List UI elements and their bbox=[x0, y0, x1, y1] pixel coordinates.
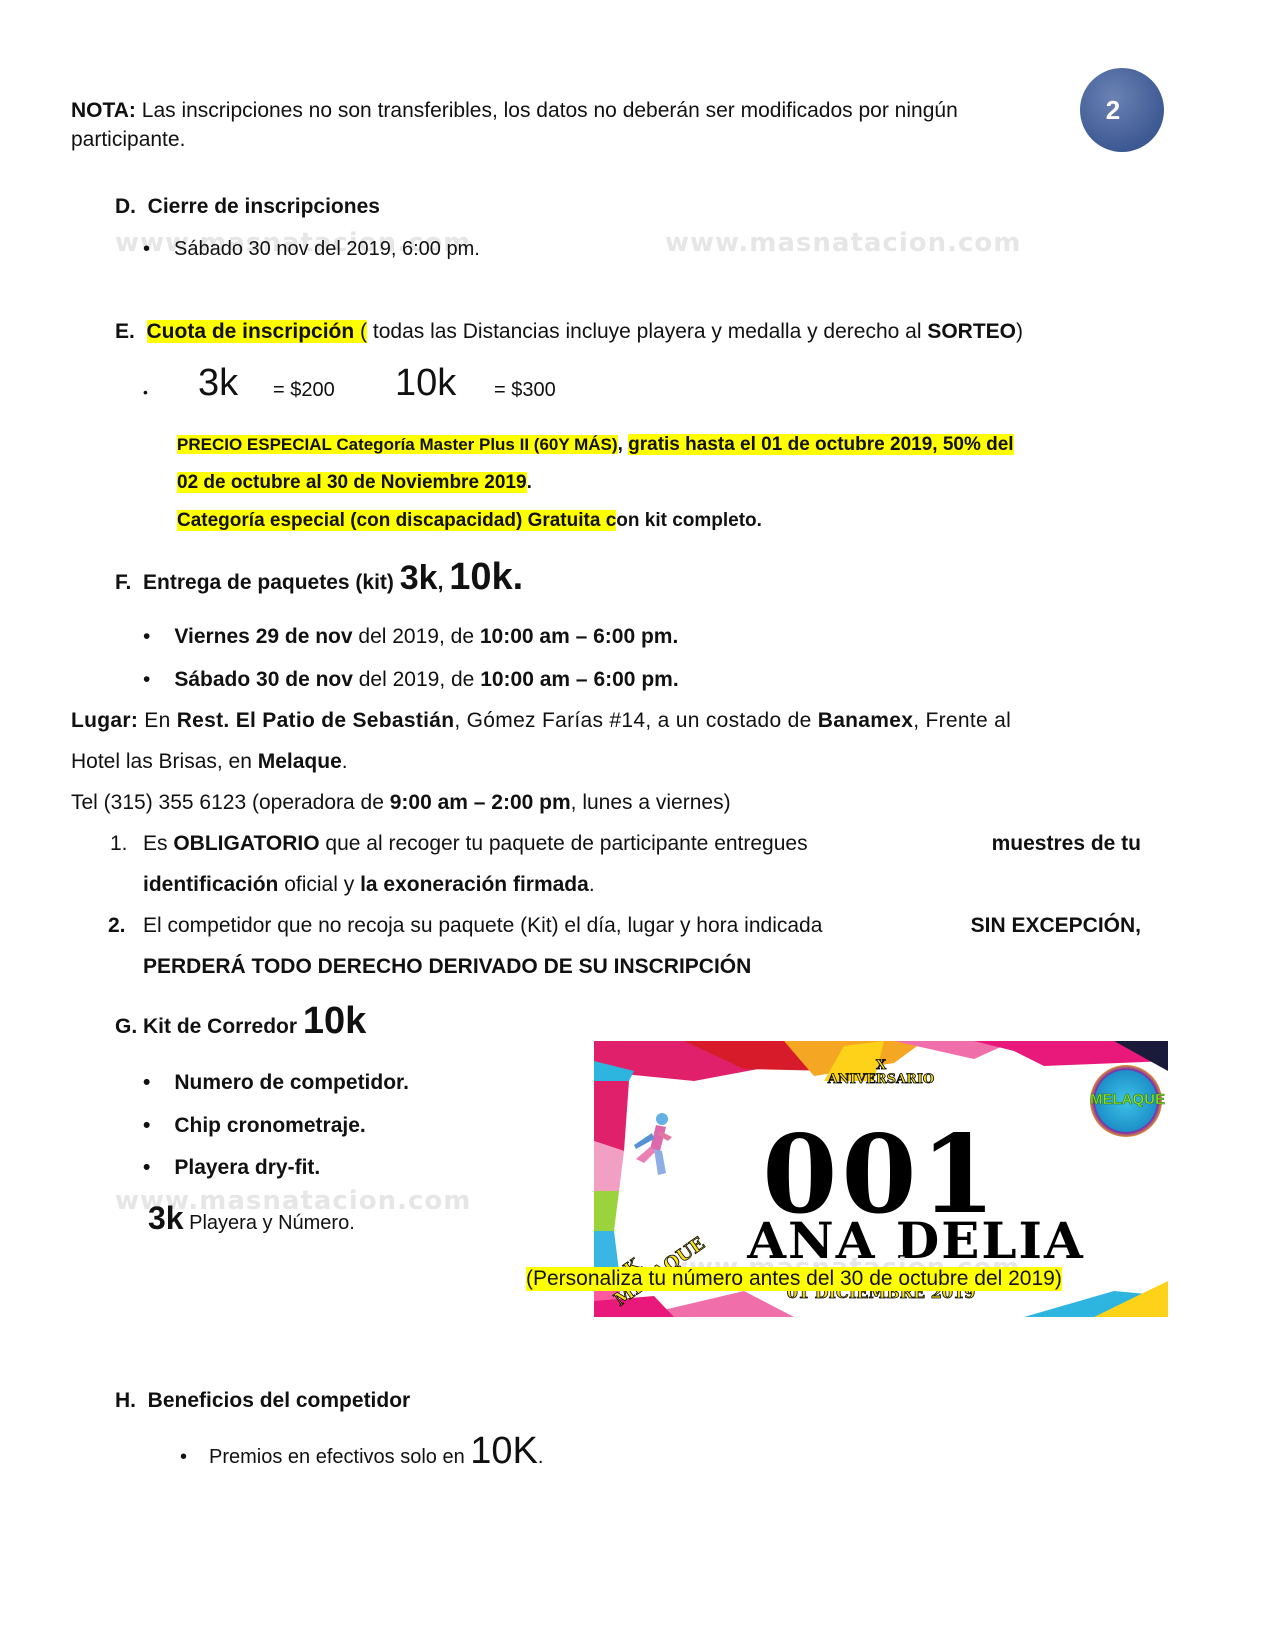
section-letter: E. bbox=[115, 320, 135, 343]
period: . bbox=[589, 873, 595, 896]
section-d-heading: D. Cierre de inscripciones bbox=[115, 195, 380, 219]
time-range: 10:00 am – 6:00 pm. bbox=[480, 625, 678, 648]
section-title: Cierre de inscripciones bbox=[148, 195, 380, 218]
section-title: Beneficios del competidor bbox=[148, 1389, 411, 1412]
kit-item: Numero de competidor. bbox=[174, 1071, 409, 1094]
period: . bbox=[538, 1446, 544, 1468]
bullet-icon: • bbox=[143, 384, 148, 400]
lugar-text: , Frente al bbox=[913, 709, 1011, 732]
bullet-icon: • bbox=[143, 668, 150, 691]
time-range: 10:00 am – 6:00 pm. bbox=[480, 668, 678, 691]
section-letter: F. bbox=[115, 571, 131, 594]
distance-10k: 10k bbox=[303, 1000, 366, 1042]
section-title: Entrega de paquetes (kit) bbox=[143, 571, 400, 594]
nota-cont: participante. bbox=[71, 128, 185, 152]
bib-anniversary-label: ANIVERSARIO bbox=[594, 1073, 1168, 1087]
bib-anniversary: X ANIVERSARIO bbox=[594, 1059, 1168, 1088]
lugar-text: Hotel las Brisas, en bbox=[71, 750, 258, 773]
nota-label: NOTA: bbox=[71, 99, 136, 122]
distance-3k: 3k bbox=[148, 1200, 184, 1236]
list-item: •Chip cronometraje. bbox=[143, 1114, 366, 1138]
rule-1-line-1: Es OBLIGATORIO que al recoger tu paquete… bbox=[143, 832, 1141, 856]
list-item: •Viernes 29 de nov del 2019, de 10:00 am… bbox=[143, 625, 678, 649]
rule-emphasis: identificación bbox=[143, 873, 278, 896]
section-letter: D. bbox=[115, 195, 136, 218]
rule-text: Es OBLIGATORIO que al recoger tu paquete… bbox=[143, 832, 808, 856]
tel-text: , lunes a viernes) bbox=[571, 791, 731, 814]
rule-emphasis: SIN EXCEPCIÓN, bbox=[971, 914, 1141, 938]
distance-3k: 3k bbox=[400, 559, 438, 597]
period: . bbox=[342, 750, 348, 773]
rule-1-line-2: identificación oficial y la exoneración … bbox=[143, 873, 595, 897]
distance-10k: 10K bbox=[470, 1430, 538, 1472]
section-h-heading: H. Beneficios del competidor bbox=[115, 1389, 410, 1413]
rule-text-part: El competidor que no recoja su paquete (… bbox=[143, 914, 822, 938]
special-price-text: gratis hasta el 01 de octubre 2019, 50% … bbox=[628, 434, 1013, 455]
bullet-icon: • bbox=[143, 1114, 150, 1137]
tel-text: Tel (315) 355 6123 (operadora de bbox=[71, 791, 390, 814]
rule-emphasis: OBLIGATORIO bbox=[173, 832, 319, 855]
page-number-badge: 2 bbox=[1080, 68, 1164, 152]
special-category-text: on kit completo. bbox=[616, 510, 762, 531]
price-value: = $200 bbox=[273, 379, 335, 402]
rule-emphasis: la exoneración firmada bbox=[360, 873, 589, 896]
benefit-text: Premios en efectivos solo en bbox=[209, 1446, 470, 1468]
rule-2-line-2: PERDERÁ TODO DERECHO DERIVADO DE SU INSC… bbox=[143, 955, 751, 979]
section-e-heading: E. Cuota de inscripción ( todas las Dist… bbox=[115, 320, 1023, 344]
rule-number: 2. bbox=[108, 914, 126, 937]
rule-text-part: Es bbox=[143, 832, 173, 855]
lugar-label: Lugar: bbox=[71, 709, 138, 732]
rule-2-line-1: El competidor que no recoja su paquete (… bbox=[143, 914, 1141, 938]
special-price-text: PRECIO ESPECIAL Categoría Master Plus II… bbox=[177, 435, 618, 454]
section-title: Kit de Corredor bbox=[143, 1015, 303, 1038]
sorteo-label: SORTEO bbox=[927, 320, 1016, 343]
price-distance: 10k bbox=[395, 362, 456, 405]
rule-2: 2. El competidor que no recoja su paquet… bbox=[108, 914, 1141, 938]
lugar-text: , Gómez Farías #14, a un costado de bbox=[454, 709, 817, 732]
separator: , bbox=[438, 571, 450, 594]
rule-1: 1. Es OBLIGATORIO que al recoger tu paqu… bbox=[110, 832, 1141, 856]
tel-line: Tel (315) 355 6123 (operadora de 9:00 am… bbox=[71, 791, 731, 815]
kit-3k-line: 3k Playera y Número. bbox=[148, 1200, 355, 1237]
price-distance: 3k bbox=[198, 362, 238, 405]
lugar-town: Melaque bbox=[258, 750, 342, 773]
bullet-icon: • bbox=[143, 1071, 150, 1094]
special-price-line-2: 02 de octubre al 30 de Noviembre 2019. bbox=[177, 472, 532, 494]
bullet-icon: • bbox=[143, 625, 150, 648]
section-f-heading: F. Entrega de paquetes (kit) 3k, 10k. bbox=[115, 556, 523, 599]
rule-emphasis: muestres de tu bbox=[992, 832, 1141, 856]
distance-10k: 10k. bbox=[449, 556, 523, 598]
bullet-icon: • bbox=[180, 1446, 187, 1468]
lugar-line-1: Lugar: En Rest. El Patio de Sebastián, G… bbox=[71, 709, 1141, 733]
list-item-text: Sábado 30 nov del 2019, 6:00 pm. bbox=[174, 238, 480, 260]
list-item: •Playera dry-fit. bbox=[143, 1156, 320, 1180]
kit-item: Chip cronometraje. bbox=[174, 1114, 365, 1137]
comma: , bbox=[618, 434, 623, 455]
day-text: del 2019, de bbox=[353, 625, 480, 648]
bib-anniversary-x: X bbox=[594, 1059, 1168, 1073]
nota-text: Las inscripciones no son transferibles, … bbox=[136, 99, 958, 122]
tel-hours: 9:00 am – 2:00 pm bbox=[390, 791, 571, 814]
list-item: •Numero de competidor. bbox=[143, 1071, 409, 1095]
list-item: •Sábado 30 nov del 2019, 6:00 pm. bbox=[143, 238, 480, 261]
section-letter: H. bbox=[115, 1389, 136, 1412]
special-category-line: Categoría especial (con discapacidad) Gr… bbox=[177, 510, 762, 532]
watermark: www.masnatacion.com bbox=[665, 228, 1021, 258]
section-letter: G. bbox=[115, 1015, 137, 1038]
nota-paragraph: NOTA: Las inscripciones no son transferi… bbox=[71, 99, 958, 123]
lugar-place: Rest. El Patio de Sebastián bbox=[177, 709, 455, 732]
section-g-heading: G. Kit de Corredor 10k bbox=[115, 1000, 366, 1043]
lugar-text: En bbox=[138, 709, 177, 732]
kit-item: Playera dry-fit. bbox=[174, 1156, 320, 1179]
logo-text: MELAQUE bbox=[1090, 1091, 1162, 1108]
special-category-text: Categoría especial (con discapacidad) Gr… bbox=[177, 510, 616, 531]
page-number: 2 bbox=[1106, 95, 1120, 126]
rule-number: 1. bbox=[110, 832, 128, 855]
section-text: todas las Distancias incluye playera y m… bbox=[367, 320, 927, 343]
list-item: •Sábado 30 de nov del 2019, de 10:00 am … bbox=[143, 668, 679, 692]
lugar-line-2: Hotel las Brisas, en Melaque. bbox=[71, 750, 348, 774]
price-value: = $300 bbox=[494, 379, 556, 402]
bullet-icon: • bbox=[143, 238, 150, 260]
personalize-note: (Personaliza tu número antes del 30 de o… bbox=[526, 1267, 1062, 1291]
lugar-bank: Banamex bbox=[818, 709, 913, 732]
special-price-line-1: PRECIO ESPECIAL Categoría Master Plus II… bbox=[177, 434, 1014, 456]
special-price-text: 02 de octubre al 30 de Noviembre 2019 bbox=[177, 472, 527, 493]
day-label: Viernes 29 de nov bbox=[174, 625, 352, 648]
paren: ) bbox=[1016, 320, 1023, 343]
bullet-icon: • bbox=[143, 1156, 150, 1179]
section-title: Cuota de inscripción bbox=[147, 320, 355, 343]
day-label: Sábado 30 de nov bbox=[174, 668, 353, 691]
rule-text-part: oficial y bbox=[278, 873, 360, 896]
paren: ( bbox=[354, 320, 367, 343]
list-item: •Premios en efectivos solo en 10K. bbox=[180, 1430, 543, 1473]
rule-text-part: que al recoger tu paquete de participant… bbox=[320, 832, 808, 855]
day-text: del 2019, de bbox=[353, 668, 480, 691]
kit-3k-text: Playera y Número. bbox=[184, 1212, 355, 1234]
period: . bbox=[527, 472, 532, 493]
